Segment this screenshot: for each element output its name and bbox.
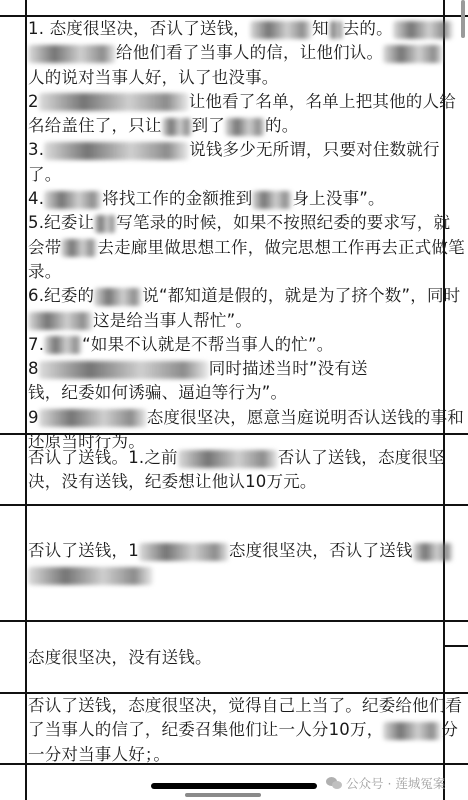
line-text: 否认了送钱，态度很坚	[278, 448, 445, 467]
text-line: 否认了送钱，1态度很坚决，否认了送钱	[28, 539, 442, 563]
line-text: 分	[441, 720, 458, 739]
redaction-blur	[383, 722, 441, 740]
line-text: 1. 态度很坚决，否认了送钱，	[28, 19, 250, 38]
text-line: 人的说对当事人好，认了也没事。	[28, 66, 442, 90]
line-text: 录。	[28, 262, 61, 281]
line-text: 了。	[28, 165, 61, 184]
text-line: 名给盖住了，只让到了的。	[28, 114, 442, 138]
redaction-blur	[413, 543, 453, 561]
text-line: 了。	[28, 163, 442, 187]
line-text: 写笔录的时候，如果不按照纪委的要求写，就	[116, 213, 450, 232]
table-cell: 否认了送钱。1.之前否认了送钱，态度很坚决，没有送钱，纪委想让他认10万元。	[28, 446, 442, 495]
text-line: 钱，纪委如何诱骗、逼迫等行为”。	[28, 381, 442, 405]
redaction-blur	[28, 312, 93, 330]
table-cell: 1. 态度很坚决，否认了送钱，知去的。给他们看了当事人的信，让他们认。人的说对当…	[28, 17, 442, 454]
line-text: 会带	[28, 238, 61, 257]
line-text: 6.纪委的	[28, 286, 94, 305]
text-line: 2让他看了名单，名单上把其他的人给	[28, 90, 442, 114]
text-line: 6.纪委的说“都知道是假的，就是为了挤个数”，同时	[28, 284, 442, 308]
line-text: 2	[28, 92, 39, 111]
text-line	[28, 563, 442, 587]
text-line: 9态度很坚决，愿意当庭说明否认送钱的事和	[28, 406, 442, 430]
line-text: 钱，纪委如何诱骗、逼迫等行为”。	[28, 383, 287, 402]
line-text: 态度很坚决，否认了送钱	[229, 541, 413, 560]
redaction-blur	[225, 118, 265, 136]
line-text: 的。	[265, 116, 298, 135]
line-text: 否认了送钱，1	[28, 541, 139, 560]
redaction-blur	[94, 215, 116, 233]
redaction-blur	[383, 45, 443, 63]
text-line: 这是给当事人帮忙”。	[28, 309, 442, 333]
line-text: 了当事人的信了，纪委召集他们让一人分10万，	[28, 720, 383, 739]
line-text: 知	[312, 19, 329, 38]
line-text: 说钱多少无所谓，只要对住数就行	[189, 140, 440, 159]
text-line: 7.“如果不认就是不帮当事人的忙”。	[28, 333, 442, 357]
table-border-right	[443, 0, 445, 800]
line-text: 4.	[28, 189, 44, 208]
line-text: 态度很坚决，愿意当庭说明否认送钱的事和	[147, 408, 464, 427]
redaction-blur	[162, 118, 192, 136]
line-text: 8	[28, 359, 39, 378]
text-line: 1. 态度很坚决，否认了送钱，知去的。	[28, 17, 442, 41]
redaction-blur	[250, 21, 312, 39]
redaction-blur	[94, 288, 142, 306]
redaction-blur	[39, 361, 209, 379]
line-text: 说“都知道是假的，就是为了挤个数”，同时	[142, 286, 460, 305]
table-cell: 态度很坚决，没有送钱。	[28, 646, 442, 670]
redaction-blur	[252, 191, 292, 209]
line-text: 身上没事”。	[292, 189, 384, 208]
redaction-blur	[39, 409, 147, 427]
line-text: “如果不认就是不帮当事人的忙”。	[82, 335, 333, 354]
text-line: 否认了送钱。1.之前否认了送钱，态度很坚	[28, 446, 442, 470]
row-divider	[0, 620, 468, 622]
redaction-blur	[44, 191, 102, 209]
redaction-blur	[139, 543, 229, 561]
line-text: 去的。	[343, 19, 393, 38]
text-line: 一分对当事人好；。	[28, 743, 442, 767]
line-text: 同时描述当时”没有送	[209, 359, 368, 378]
table-border-left	[25, 0, 27, 800]
line-text: 给他们看了当事人的信，让他们认。	[116, 43, 383, 62]
text-line: 会带去走廊里做思想工作，做完思想工作再去正式做笔	[28, 236, 442, 260]
table-cell: 否认了送钱，1态度很坚决，否认了送钱	[28, 539, 442, 588]
home-indicator-shadow	[185, 793, 261, 797]
row-divider	[445, 645, 468, 647]
redaction-blur	[329, 21, 343, 39]
line-text: 到了	[192, 116, 225, 135]
text-line: 否认了送钱，态度很坚决，觉得自己上当了。纪委给他们看	[28, 694, 442, 718]
text-line: 5.纪委让写笔录的时候，如果不按照纪委的要求写，就	[28, 211, 442, 235]
text-line: 4.将找工作的金额推到身上没事”。	[28, 187, 442, 211]
text-line: 3.说钱多少无所谓，只要对住数就行	[28, 138, 442, 162]
text-line: 了当事人的信了，纪委召集他们让一人分10万，分	[28, 718, 442, 742]
line-text: 去走廊里做思想工作，做完思想工作再去正式做笔	[97, 238, 464, 257]
watermark: 公众号 · 莲城冤案	[326, 774, 445, 792]
text-line: 决，没有送钱，纪委想让他认10万元。	[28, 470, 442, 494]
line-text: 让他看了名单，名单上把其他的人给	[189, 92, 456, 111]
redaction-blur	[393, 21, 453, 39]
home-indicator[interactable]	[151, 783, 317, 789]
line-text: 人的说对当事人好，认了也没事。	[28, 68, 279, 87]
redaction-blur	[44, 336, 82, 354]
wechat-icon	[326, 777, 342, 789]
line-text: 决，没有送钱，纪委想让他认10万元。	[28, 472, 317, 491]
text-line: 8同时描述当时”没有送	[28, 357, 442, 381]
redaction-blur	[28, 567, 153, 585]
line-text: 否认了送钱，态度很坚决，觉得自己上当了。纪委给他们看	[28, 696, 462, 715]
table-cell: 否认了送钱，态度很坚决，觉得自己上当了。纪委给他们看了当事人的信了，纪委召集他们…	[28, 694, 442, 767]
line-text: 一分对当事人好；。	[28, 745, 170, 764]
line-text: 否认了送钱。1.之前	[28, 448, 178, 467]
redaction-blur	[39, 93, 189, 111]
text-line: 录。	[28, 260, 442, 284]
redaction-blur	[28, 45, 116, 63]
line-text: 3.	[28, 140, 44, 159]
line-text: 这是给当事人帮忙”。	[93, 311, 252, 330]
redaction-blur	[44, 142, 189, 160]
text-line: 态度很坚决，没有送钱。	[28, 646, 442, 670]
scrollbar[interactable]	[461, 0, 465, 38]
line-text: 名给盖住了，只让	[28, 116, 162, 135]
watermark-text: 公众号 · 莲城冤案	[346, 774, 445, 792]
redaction-blur	[61, 239, 97, 257]
redaction-blur	[178, 450, 278, 468]
line-text: 5.纪委让	[28, 213, 94, 232]
line-text: 7.	[28, 335, 44, 354]
line-text: 将找工作的金额推到	[102, 189, 252, 208]
text-line: 给他们看了当事人的信，让他们认。	[28, 41, 442, 65]
row-divider	[0, 504, 468, 506]
line-text: 态度很坚决，没有送钱。	[28, 648, 212, 667]
line-text: 9	[28, 408, 39, 427]
